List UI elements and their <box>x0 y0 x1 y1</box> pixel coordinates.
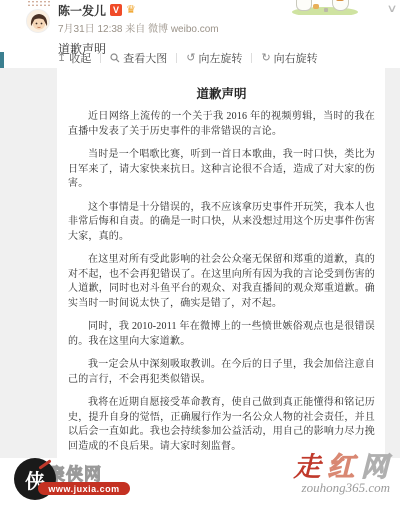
rotate-right-label: 向右旋转 <box>274 50 318 66</box>
zouhong-url: zouhong365.com <box>250 480 390 496</box>
juxia-url-banner: www.juxia.com <box>38 482 130 495</box>
avatar-girl-illustration <box>27 10 50 33</box>
timestamp-row: 7月31日 12:38 来自 微博 weibo.com <box>58 20 219 35</box>
source-link[interactable]: 微博 weibo.com <box>148 24 219 35</box>
rotate-left-icon: ↺ <box>186 53 195 64</box>
document-paragraph: 这个事情是十分错误的，我不应该拿历史事件开玩笑，我本人也非常后悔和自责。的确是一… <box>68 201 375 245</box>
document-title: 道歉声明 <box>68 84 375 102</box>
vip-crown-icon: ♛ <box>126 5 136 16</box>
cartoon-detail-spot <box>313 4 319 9</box>
toolbar-divider <box>100 53 101 63</box>
view-large-image-label: 查看大图 <box>123 50 167 66</box>
cartoon-detail-spot <box>324 8 328 12</box>
document-paragraph: 我一定会从中深刻吸取教训。在今后的日子里，我会加倍注意自己的言行，不会再犯类似错… <box>68 358 375 387</box>
document-paragraph: 近日网络上流传的一个关于我 2016 年的视频剪辑，当时的我在直播中发表了关于历… <box>68 110 375 139</box>
image-toolbar: ↥ 收起 查看大图 ↺ 向左旋转 ↻ 向右旋转 <box>57 50 318 66</box>
post-header: 陈一发儿 V ♛ 7月31日 12:38 来自 微博 weibo.com 道歉声… <box>0 0 400 48</box>
toolbar-divider <box>176 53 177 63</box>
rotate-left-label: 向左旋转 <box>198 50 242 66</box>
magnifier-icon <box>110 53 120 63</box>
document-paragraph: 当时是一个唱歌比赛，听到一首日本歌曲，我一时口快，类比为日军来了，请大家快来抗日… <box>68 148 375 192</box>
zouhong-watermark: 走 红 网 zouhong365.com <box>250 452 390 504</box>
rotate-right-button[interactable]: ↻ 向右旋转 <box>261 50 317 66</box>
timestamp: 7月31日 12:38 <box>58 24 123 35</box>
juxia-watermark: 侠 聚侠网 www.juxia.com <box>14 456 164 506</box>
rotate-left-button[interactable]: ↺ 向左旋转 <box>186 50 242 66</box>
background-dots-decoration <box>27 0 51 7</box>
collapse-button[interactable]: ↥ 收起 <box>57 50 91 66</box>
collapse-label: 收起 <box>69 50 91 66</box>
source-prefix: 来自 <box>125 24 145 35</box>
zouhong-char-3: 网 <box>361 452 390 482</box>
cartoon-animal-left <box>296 0 312 11</box>
document-paragraph: 我将在近期自愿接受革命教育，使自己做到真正能懂得和铭记历史，提升自身的觉悟，正确… <box>68 396 375 454</box>
chevron-down-icon[interactable]: ∨ <box>386 2 397 15</box>
document-paragraph: 同时，我 2010-2011 年在微博上的一些愤世嫉俗观点也是很错误的。我在这里… <box>68 320 375 349</box>
image-viewer-area: 道歉声明 近日网络上流传的一个关于我 2016 年的视频剪辑，当时的我在直播中发… <box>0 68 400 458</box>
zouhong-char-1: 走 <box>294 452 321 482</box>
name-row: 陈一发儿 V ♛ <box>58 3 219 17</box>
weibo-post-page: 陈一发儿 V ♛ 7月31日 12:38 来自 微博 weibo.com 道歉声… <box>0 0 400 506</box>
avatar[interactable] <box>26 9 50 33</box>
collapse-up-icon: ↥ <box>57 53 66 64</box>
verified-v-icon: V <box>110 4 122 16</box>
username-link[interactable]: 陈一发儿 <box>58 2 106 19</box>
zouhong-char-2: 红 <box>327 452 354 482</box>
view-large-image-button[interactable]: 查看大图 <box>110 50 167 66</box>
zouhong-site-name: 走 红 网 <box>250 452 390 482</box>
juxia-url: www.juxia.com <box>48 484 119 494</box>
rotate-right-icon: ↻ <box>261 53 270 64</box>
document-paragraph: 在这里对所有受此影响的社会公众毫无保留和郑重的道歉，真的对不起，也不会再犯错误了… <box>68 253 375 311</box>
apology-statement-image[interactable]: 道歉声明 近日网络上流传的一个关于我 2016 年的视频剪辑，当时的我在直播中发… <box>57 68 385 458</box>
cover-cartoon-image <box>286 0 366 15</box>
header-text-block: 陈一发儿 V ♛ 7月31日 12:38 来自 微博 weibo.com 道歉声… <box>58 3 219 57</box>
toolbar-divider <box>251 53 252 63</box>
watermark-band: 侠 聚侠网 www.juxia.com 走 红 网 zouhong365.com <box>0 458 400 506</box>
